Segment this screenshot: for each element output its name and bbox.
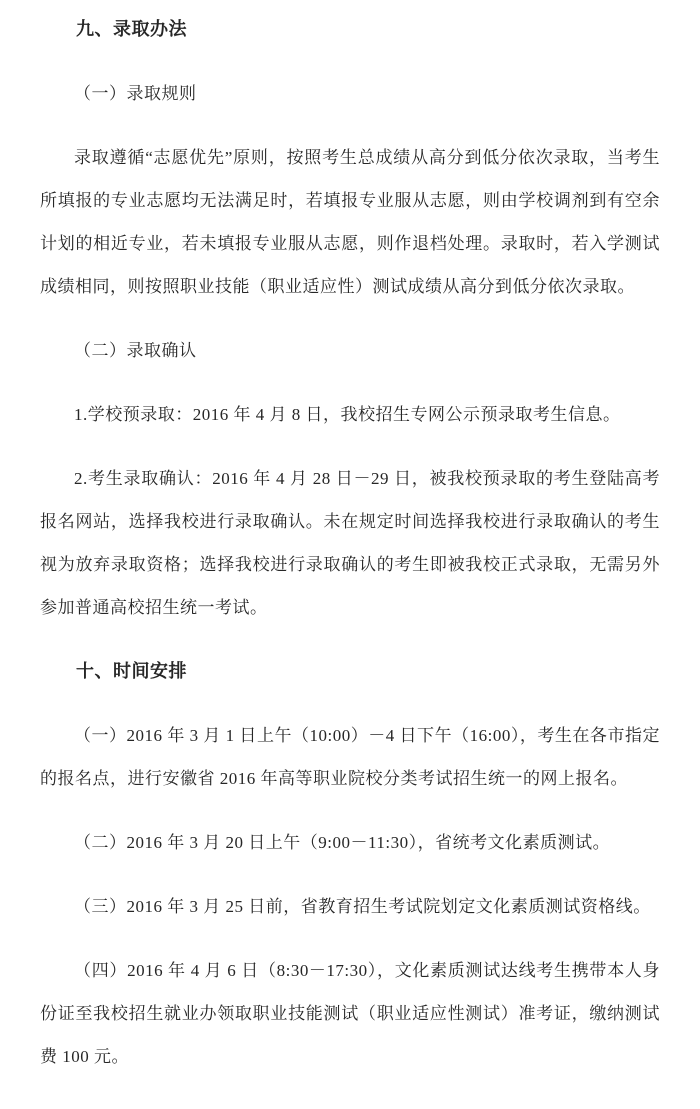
paragraph-admission-rules-body: 录取遵循“志愿优先”原则，按照考生总成绩从高分到低分依次录取，当考生所填报的专业… [40,136,660,308]
subheading-admission-rules: （一）录取规则 [40,72,660,115]
paragraph-candidate-confirmation: 2.考生录取确认：2016 年 4 月 28 日－29 日，被我校预录取的考生登… [40,457,660,629]
paragraph-schedule-item-4: （四）2016 年 4 月 6 日（8:30－17:30），文化素质测试达线考生… [40,949,660,1078]
paragraph-schedule-item-1: （一）2016 年 3 月 1 日上午（10:00）－4 日下午（16:00），… [40,714,660,800]
document-page: 九、录取办法 （一）录取规则 录取遵循“志愿优先”原则，按照考生总成绩从高分到低… [0,8,700,1109]
section-heading-schedule: 十、时间安排 [40,650,660,693]
subheading-admission-confirmation: （二）录取确认 [40,329,660,372]
paragraph-schedule-item-2: （二）2016 年 3 月 20 日上午（9:00－11:30），省统考文化素质… [40,821,660,864]
paragraph-schedule-item-3: （三）2016 年 3 月 25 日前，省教育招生考试院划定文化素质测试资格线。 [40,885,660,928]
paragraph-school-pre-admission: 1.学校预录取：2016 年 4 月 8 日，我校招生专网公示预录取考生信息。 [40,393,660,436]
section-heading-admission-method: 九、录取办法 [40,8,660,51]
